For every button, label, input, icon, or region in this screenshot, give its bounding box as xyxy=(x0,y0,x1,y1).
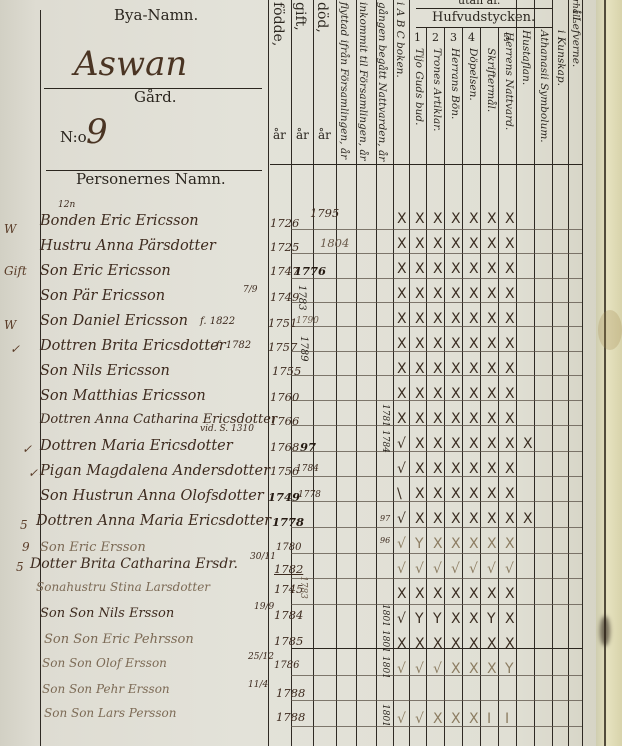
catechism-number-3: 3 xyxy=(450,31,457,44)
exam-mark: X xyxy=(505,262,515,276)
exam-mark: X xyxy=(469,387,479,401)
exam-mark: X xyxy=(433,262,443,276)
exam-mark: X xyxy=(451,662,461,676)
exam-mark: X xyxy=(505,512,515,526)
exam-mark: X xyxy=(505,412,515,426)
farm-number: 9 xyxy=(86,112,108,152)
margin-note: ✓ xyxy=(10,342,20,356)
person-name: Son Hustrun Anna Olofsdotter xyxy=(40,488,264,504)
exam-mark: X xyxy=(487,237,497,251)
event-year: 97 xyxy=(300,440,316,454)
exam-mark: X xyxy=(523,512,533,526)
conduct-header-fragment: förhåll- xyxy=(570,0,580,23)
exam-mark: X xyxy=(451,537,461,551)
row-note: vid. S. 1310 xyxy=(200,424,254,434)
exam-mark: X xyxy=(505,637,515,651)
abc-column-rule xyxy=(409,0,410,746)
exam-mark: X xyxy=(415,312,425,326)
row-rule xyxy=(291,229,582,230)
married-column-rule xyxy=(313,0,314,746)
row-note: 19/9 xyxy=(254,602,274,612)
exam-mark: X xyxy=(505,312,515,326)
exam-mark: X xyxy=(415,362,425,376)
birth-year: 1786 xyxy=(274,660,299,671)
exam-mark: X xyxy=(487,387,497,401)
catechism-4-rule xyxy=(480,28,481,746)
died-column-header: död, xyxy=(314,2,330,33)
exam-mark: X xyxy=(433,512,443,526)
person-name: Son Son Pehr Ersson xyxy=(42,682,170,696)
row-rule xyxy=(291,553,582,554)
birth-column-header: födde, xyxy=(270,2,286,46)
exam-mark: X xyxy=(433,387,443,401)
exam-mark: X xyxy=(469,362,479,376)
exam-mark: X xyxy=(433,712,443,726)
event-year: 1789 xyxy=(298,336,309,361)
exam-mark: X xyxy=(397,312,407,326)
exam-mark: X xyxy=(505,387,515,401)
catechism-5-rule xyxy=(498,28,499,746)
exam-mark: √ xyxy=(397,562,406,576)
exam-mark: X xyxy=(487,362,497,376)
exam-mark: X xyxy=(469,637,479,651)
exam-mark: X xyxy=(487,412,497,426)
margin-note: Gift xyxy=(4,264,27,278)
exam-mark: X xyxy=(433,362,443,376)
birth-year: 1785 xyxy=(274,634,303,648)
exam-mark: X xyxy=(505,362,515,376)
abc-header: i A B C boken. xyxy=(394,2,406,78)
catechism-2-rule xyxy=(444,28,445,746)
exam-mark: X xyxy=(487,587,497,601)
exam-mark: √ xyxy=(397,537,406,551)
exam-mark: Y xyxy=(487,612,496,626)
exam-mark: X xyxy=(451,362,461,376)
margin-note: W xyxy=(4,222,16,236)
exam-mark: X xyxy=(415,387,425,401)
exam-mark: X xyxy=(469,262,479,276)
birth-year: 1780 xyxy=(276,542,301,553)
exam-mark: X xyxy=(415,487,425,501)
symbolum-header: Athanasii Symbolum. xyxy=(538,30,550,143)
row-note: 30/11 xyxy=(250,552,276,562)
exam-mark: X xyxy=(487,287,497,301)
communion-header: gången begått Nattvarden, år xyxy=(376,2,388,161)
exam-mark: X xyxy=(469,462,479,476)
exam-mark: X xyxy=(451,312,461,326)
exam-mark: X xyxy=(505,612,515,626)
person-name: Son Nils Ericsson xyxy=(40,363,170,379)
lefverne-rule xyxy=(568,0,569,746)
exam-mark: X xyxy=(451,337,461,351)
exam-mark: X xyxy=(433,637,443,651)
side-year: 1801 xyxy=(380,630,390,653)
catechism-3-rule xyxy=(462,28,463,746)
exam-mark: X xyxy=(469,487,479,501)
margin-note: 5 xyxy=(16,560,24,574)
birth-year: 1756 xyxy=(270,464,299,478)
exam-mark: X xyxy=(487,512,497,526)
exam-mark: X xyxy=(469,312,479,326)
hustaflan-header: Hustaflan. xyxy=(520,30,532,85)
catechism-1-rule xyxy=(426,28,427,746)
exam-mark: X xyxy=(451,412,461,426)
exam-mark: X xyxy=(469,512,479,526)
birth-year: 1749 xyxy=(270,290,299,304)
catechism-group-top-rule xyxy=(416,8,552,9)
exam-mark: X xyxy=(397,337,407,351)
margin-note: 5 xyxy=(20,518,28,532)
margin-note: 9 xyxy=(22,540,30,554)
exam-mark: √ xyxy=(415,562,424,576)
exam-mark: X xyxy=(505,287,515,301)
exam-mark: X xyxy=(487,312,497,326)
year-unit-married: år xyxy=(296,128,309,142)
exam-mark: X xyxy=(469,662,479,676)
row-rule xyxy=(291,700,582,701)
exam-mark: X xyxy=(451,387,461,401)
exam-mark: X xyxy=(487,537,497,551)
event-year: 1795 xyxy=(310,206,339,220)
exam-mark: X xyxy=(487,487,497,501)
year-unit-died: år xyxy=(318,128,331,142)
kunskap-rule xyxy=(552,0,553,746)
birth-year: 1725 xyxy=(270,240,299,254)
person-name: Dottren Brita Ericsdotter xyxy=(40,338,226,354)
exam-mark: X xyxy=(433,437,443,451)
person-name: Son Son Olof Ersson xyxy=(42,656,167,670)
exam-mark: X xyxy=(505,462,515,476)
row-rule xyxy=(291,604,582,605)
catechism-group-top: utan af. xyxy=(458,0,500,7)
row-note: 11/4 xyxy=(248,680,268,690)
exam-mark: X xyxy=(505,237,515,251)
exam-mark: X xyxy=(469,537,479,551)
exam-mark: X xyxy=(451,237,461,251)
event-year: 1790 xyxy=(296,316,319,326)
ink-blot xyxy=(600,616,610,646)
row-rule xyxy=(291,578,582,579)
row-note: f. 1822 xyxy=(200,316,235,327)
year-unit-birth: år xyxy=(273,128,286,142)
exam-mark: X xyxy=(505,587,515,601)
birth-year: 1760 xyxy=(270,390,299,404)
exam-mark: X xyxy=(469,612,479,626)
event-year: 1784 xyxy=(296,464,319,474)
exam-mark: X xyxy=(469,212,479,226)
exam-mark: √ xyxy=(415,662,424,676)
exam-mark: X xyxy=(397,362,407,376)
exam-mark: X xyxy=(451,712,461,726)
exam-mark: X xyxy=(433,337,443,351)
person-name: Son Pär Ericsson xyxy=(40,288,165,304)
event-year: 1778 xyxy=(298,490,321,500)
side-year: 96 xyxy=(380,536,390,545)
person-name: Bonden Eric Ericsson xyxy=(40,213,199,229)
exam-mark: Y xyxy=(415,612,424,626)
side-year: 1781 xyxy=(380,404,390,427)
catechism-number-4: 4 xyxy=(468,31,475,44)
exam-mark: X xyxy=(415,237,425,251)
exam-mark: X xyxy=(415,462,425,476)
person-name: Pigan Magdalena Andersdotter xyxy=(40,463,270,479)
person-name: Dottren Maria Ericsdotter xyxy=(40,438,233,454)
person-name: Son Son Nils Ersson xyxy=(40,606,174,621)
person-name: Dottren Anna Maria Ericsdotter xyxy=(36,513,271,529)
exam-mark: X xyxy=(415,437,425,451)
exam-mark: X xyxy=(487,212,497,226)
exam-mark: X xyxy=(487,337,497,351)
birth-year: 1755 xyxy=(272,364,301,378)
exam-mark: X xyxy=(523,437,533,451)
exam-mark: X xyxy=(451,437,461,451)
exam-mark: X xyxy=(451,262,461,276)
exam-mark: X xyxy=(397,287,407,301)
exam-mark: X xyxy=(505,212,515,226)
died-column-rule xyxy=(336,0,337,746)
exam-mark: X xyxy=(487,637,497,651)
exam-mark: X xyxy=(451,487,461,501)
exam-mark: X xyxy=(433,312,443,326)
birth-year: 1778 xyxy=(272,515,304,529)
birth-year: 1757 xyxy=(268,340,297,354)
exam-mark: X xyxy=(505,537,515,551)
exam-mark: X xyxy=(451,462,461,476)
exam-mark: X xyxy=(487,262,497,276)
row-note: f. 1782 xyxy=(216,340,251,351)
exam-mark: X xyxy=(469,287,479,301)
exam-mark: Y xyxy=(433,612,442,626)
birth-year: 1726 xyxy=(270,216,299,230)
exam-mark: √ xyxy=(433,562,442,576)
exam-mark: X xyxy=(433,237,443,251)
exam-mark: X xyxy=(451,512,461,526)
exam-mark: √ xyxy=(397,712,406,726)
margin-note: ✓ xyxy=(28,466,38,480)
person-name: Son Matthias Ericsson xyxy=(40,388,206,404)
exam-mark: X xyxy=(415,637,425,651)
exam-mark: √ xyxy=(397,437,406,451)
exam-mark: X xyxy=(433,587,443,601)
exam-mark: I xyxy=(505,712,509,726)
side-year: 97 xyxy=(380,514,390,523)
person-name: Son Son Eric Pehrsson xyxy=(44,632,194,647)
paper-stain xyxy=(598,310,622,350)
name-column-rule xyxy=(268,0,269,746)
exam-mark: Y xyxy=(415,537,424,551)
farm-label: Gård. xyxy=(134,88,176,106)
married-column-header: gift, xyxy=(292,2,308,31)
exam-mark: X xyxy=(397,237,407,251)
person-name: Hustru Anna Pärsdotter xyxy=(40,238,216,254)
row-rule xyxy=(291,278,582,279)
row-note: 7/9 xyxy=(243,285,257,295)
header-bottom-rule xyxy=(270,164,582,165)
exam-mark: X xyxy=(415,262,425,276)
person-name: Son Eric Ersson xyxy=(40,540,146,555)
exam-mark: X xyxy=(433,487,443,501)
side-year: 1801 xyxy=(380,704,390,727)
person-name: Sonahustru Stina Larsdotter xyxy=(36,580,210,594)
side-year: 1801 xyxy=(380,656,390,679)
exam-mark: X xyxy=(451,637,461,651)
catechism-part-6: Herrens Nattvard. xyxy=(503,32,515,130)
birth-year: 1782 xyxy=(274,562,303,576)
exam-mark: X xyxy=(469,337,479,351)
exam-mark: √ xyxy=(469,562,478,576)
exam-mark: X xyxy=(415,212,425,226)
exam-mark: X xyxy=(469,237,479,251)
catechism-group-header: Hufvudstycken. xyxy=(432,10,535,25)
exam-mark: I xyxy=(487,712,491,726)
exam-mark: X xyxy=(433,462,443,476)
catechism-number-1: 1 xyxy=(414,31,421,44)
catechism-number-2: 2 xyxy=(432,31,439,44)
birth-year: 1749 xyxy=(268,490,300,504)
row-rule xyxy=(291,527,582,528)
exam-mark: X xyxy=(415,512,425,526)
catechism-group-rule xyxy=(416,27,552,28)
exam-mark: √ xyxy=(397,512,406,526)
right-border-rule xyxy=(582,0,583,746)
exam-mark: X xyxy=(433,537,443,551)
village-name: Aswan xyxy=(74,44,187,84)
exam-mark: X xyxy=(397,637,407,651)
exam-mark: X xyxy=(415,587,425,601)
exam-mark: X xyxy=(505,437,515,451)
exam-mark: X xyxy=(397,412,407,426)
number-label: N:o xyxy=(60,128,87,146)
exam-mark: X xyxy=(451,212,461,226)
event-year: 1783 xyxy=(296,285,307,310)
persons-label: Personernes Namn. xyxy=(76,170,226,188)
person-name: Son Son Lars Persson xyxy=(44,706,176,720)
exam-mark: √ xyxy=(415,712,424,726)
birth-year: 1766 xyxy=(270,414,299,428)
exam-mark: X xyxy=(487,462,497,476)
exam-mark: X xyxy=(469,712,479,726)
margin-note: W xyxy=(4,318,16,332)
exam-mark: X xyxy=(505,487,515,501)
birth-year: 1751 xyxy=(268,316,297,330)
row-rule xyxy=(291,253,582,254)
event-year: 1804 xyxy=(320,236,349,250)
exam-mark: X xyxy=(469,437,479,451)
birth-year: 1768 xyxy=(270,440,299,454)
catechism-part-1: Tijo Guds bud. xyxy=(413,48,425,125)
exam-mark: X xyxy=(469,587,479,601)
exam-mark: √ xyxy=(433,662,442,676)
exam-mark: X xyxy=(397,587,407,601)
birth-year: 1784 xyxy=(274,608,303,622)
exam-mark: \ xyxy=(397,487,402,501)
exam-mark: X xyxy=(505,337,515,351)
margin-note: ✓ xyxy=(22,442,32,456)
catechism-part-2: Trones Artiklar. xyxy=(431,48,443,131)
exam-mark: X xyxy=(397,212,407,226)
person-name: Dotter Brita Catharina Ersdr. xyxy=(30,556,238,572)
exam-mark: √ xyxy=(451,562,460,576)
exam-mark: √ xyxy=(487,562,496,576)
exam-mark: √ xyxy=(397,462,406,476)
hustaflan-rule xyxy=(516,0,517,746)
catechism-part-3: Herrans Bön. xyxy=(449,48,461,119)
side-year: 1784 xyxy=(380,430,390,453)
person-name: Son Daniel Ericsson xyxy=(40,313,188,329)
exam-mark: X xyxy=(451,287,461,301)
exam-mark: X xyxy=(451,587,461,601)
kunskap-header: i Kunskap. xyxy=(555,30,567,86)
exam-mark: √ xyxy=(397,662,406,676)
exam-mark: X xyxy=(451,612,461,626)
event-year: 1776 xyxy=(294,264,326,278)
exam-mark: X xyxy=(415,412,425,426)
row-superscript: 12n xyxy=(58,200,75,210)
exam-mark: X xyxy=(433,287,443,301)
exam-mark: √ xyxy=(505,562,514,576)
birth-year: 1788 xyxy=(276,686,305,700)
exam-mark: √ xyxy=(397,612,406,626)
exam-mark: X xyxy=(415,337,425,351)
birth-year: 1788 xyxy=(276,710,305,724)
exam-mark: X xyxy=(433,412,443,426)
exam-mark: X xyxy=(433,212,443,226)
moved-out-header: flyttad ifrån Församlingen, år xyxy=(338,2,350,159)
exam-mark: X xyxy=(415,287,425,301)
exam-mark: Y xyxy=(505,662,514,676)
catechism-part-5: Skriftermål. xyxy=(485,48,497,112)
row-rule xyxy=(291,302,582,303)
catechism-part-4: Döpelsen. xyxy=(467,48,479,101)
row-note: 25/12 xyxy=(248,652,274,662)
communion-column-rule xyxy=(393,0,394,746)
side-year: 1801 xyxy=(380,604,390,627)
exam-mark: X xyxy=(487,662,497,676)
exam-mark: X xyxy=(397,387,407,401)
moved-in-header: inkommit til Församlingen, år xyxy=(357,2,369,161)
symbolum-rule xyxy=(534,0,535,746)
person-name: Son Eric Ericsson xyxy=(40,263,171,279)
exam-mark: X xyxy=(487,437,497,451)
exam-mark: X xyxy=(397,262,407,276)
exam-mark: X xyxy=(469,412,479,426)
village-label: Bya-Namn. xyxy=(114,6,198,24)
event-year: 1783 xyxy=(298,576,308,599)
